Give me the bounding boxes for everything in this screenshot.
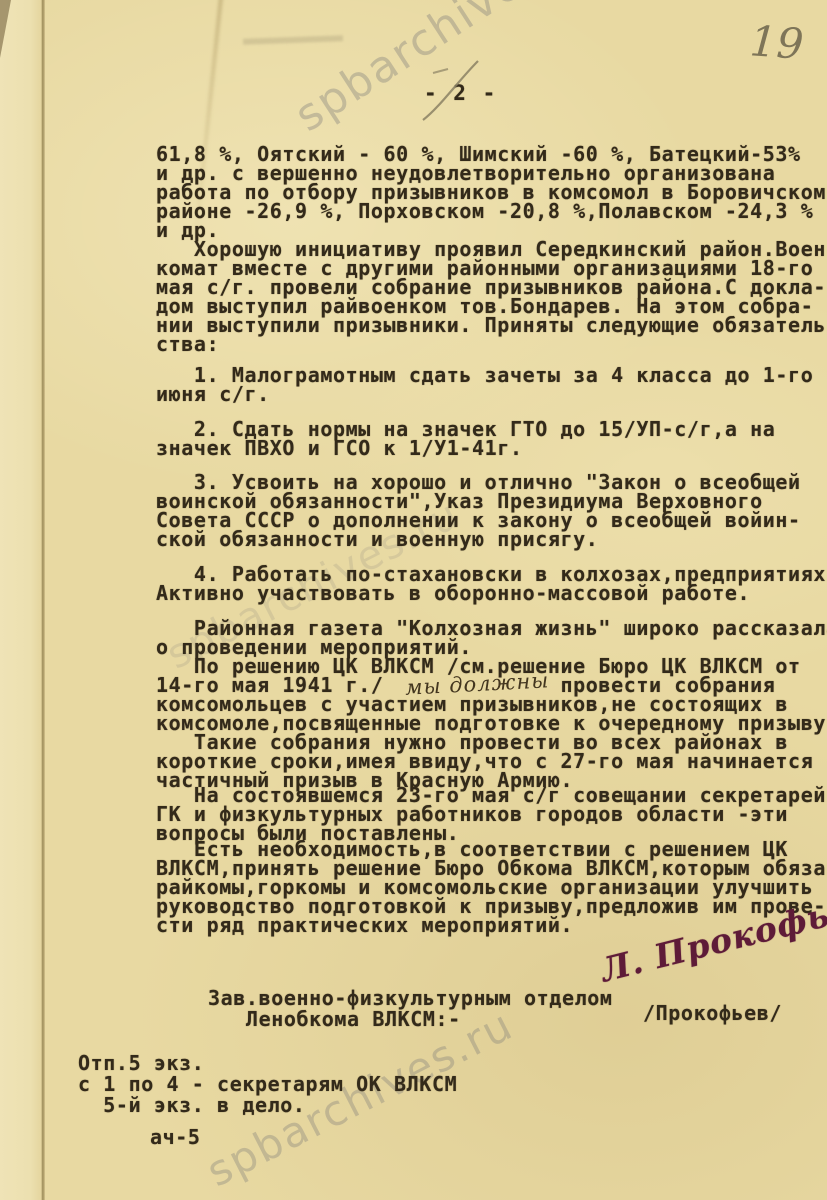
typed-paragraph: На состоявшемся 23-го мая с/г совещании … [156,786,826,843]
typed-paragraph: 2. Сдать нормы на значек ГТО до 15/УП-с/… [156,420,775,458]
signature-role-title: Зав.военно-физкультурным отделом Ленобко… [208,988,613,1030]
page-number-pencil: 19 [748,16,805,69]
typist-reference-code: ач-5 [150,1128,201,1147]
typed-paragraph: 1. Малограмотным сдать зачеты за 4 класс… [156,366,813,404]
fold-crease-line [41,0,45,1200]
pencil-strike-icon [415,58,485,124]
typed-paragraph: Хорошую инициативу проявил Середкинский … [156,240,827,354]
typed-paragraph: 4. Работать по-стахановски в колхозах,пр… [156,565,826,603]
pencil-smudge [243,35,343,44]
typed-paragraph: Такие собрания нужно провести во всех ра… [156,733,813,790]
typed-paragraph: Районная газета "Колхозная жизнь" широко… [156,619,827,657]
typed-paragraph: 3. Усвоить на хорошо и отлично "Закон о … [156,473,801,549]
typed-paragraph: 61,8 %, Оятский - 60 %, Шимский -60 %, Б… [156,145,826,240]
document-page: spbarchives.ru spbarchives.ru spbarchive… [0,0,827,1200]
signature-name-typed: /Прокофьев/ [643,1004,782,1023]
copies-distribution-note: Отп.5 экз. с 1 по 4 - секретарям ОК ВЛКС… [78,1053,457,1116]
underlying-page-edge [0,0,43,1200]
